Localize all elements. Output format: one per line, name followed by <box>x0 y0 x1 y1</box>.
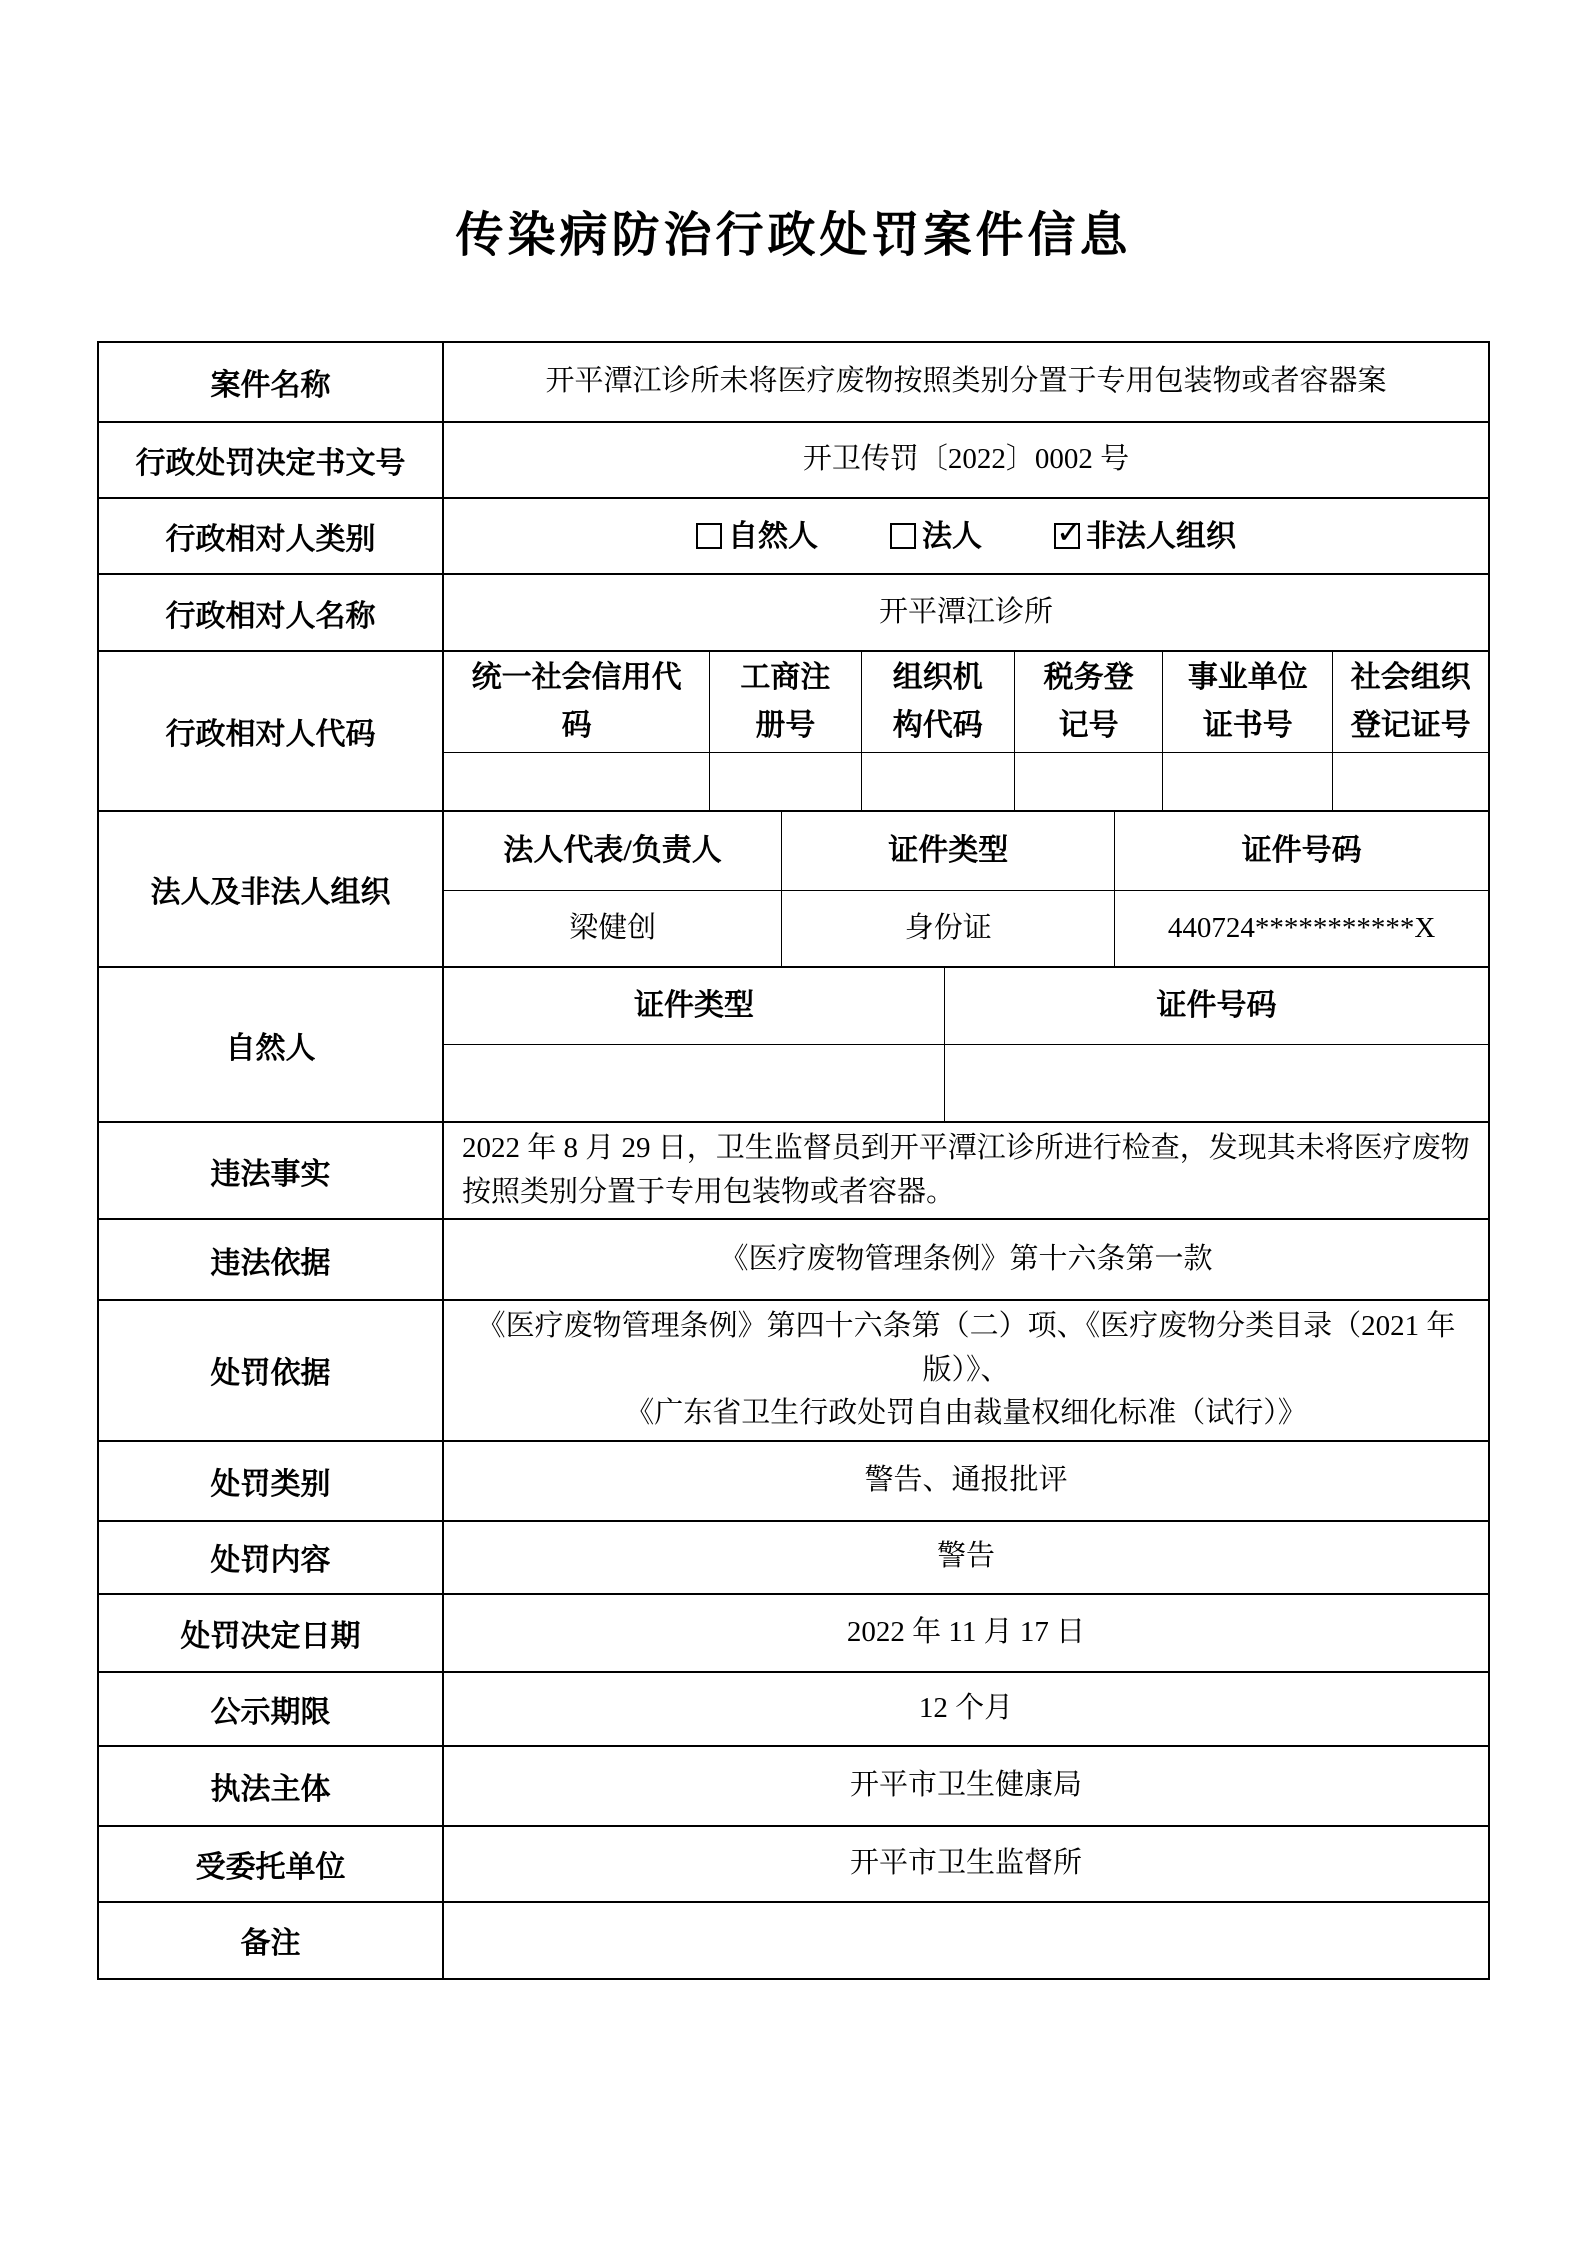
table-section-party-codes: 行政相对人代码 统一社会信用代码 工商注册号 组织机构代码 税务登记号 事业单位… <box>99 650 1488 810</box>
party-codes-header-row: 统一社会信用代码 工商注册号 组织机构代码 税务登记号 事业单位证书号 社会组织… <box>444 652 1488 753</box>
penalty-type-value: 警告、通报批评 <box>444 1442 1488 1520</box>
row-label: 执法主体 <box>99 1747 444 1825</box>
row-label: 处罚内容 <box>99 1522 444 1593</box>
party-code-cell <box>1332 753 1488 810</box>
penalty-basis-value: 《医疗废物管理条例》第四十六条第（二）项、《医疗废物分类目录（2021 年版）》… <box>444 1301 1488 1440</box>
column-header: 事业单位证书号 <box>1162 652 1332 752</box>
penalty-basis-line: 《广东省卫生行政处罚自由裁量权细化标准（试行）》 <box>625 1392 1307 1436</box>
table-row-case-name: 案件名称 开平潭江诊所未将医疗废物按照类别分置于专用包装物或者容器案 <box>99 343 1488 421</box>
page-title: 传染病防治行政处罚案件信息 <box>0 196 1587 265</box>
case-info-table: 案件名称 开平潭江诊所未将医疗废物按照类别分置于专用包装物或者容器案 行政处罚决… <box>97 341 1490 1980</box>
table-row-decision-date: 处罚决定日期 2022 年 11 月 17 日 <box>99 1593 1488 1671</box>
checkbox-icon: ✓ <box>696 523 722 549</box>
natural-id-number <box>944 1045 1488 1121</box>
table-row-party-name: 行政相对人名称 开平潭江诊所 <box>99 573 1488 650</box>
party-code-cell <box>709 753 860 810</box>
legal-org-header-row: 法人代表/负责人 证件类型 证件号码 <box>444 812 1488 891</box>
table-row-publicity-period: 公示期限 12 个月 <box>99 1671 1488 1745</box>
party-code-cell <box>861 753 1014 810</box>
decision-doc-no-value: 开卫传罚〔2022〕0002 号 <box>444 423 1488 497</box>
table-row-penalty-type: 处罚类别 警告、通报批评 <box>99 1440 1488 1520</box>
decision-date-value: 2022 年 11 月 17 日 <box>444 1595 1488 1671</box>
row-label: 自然人 <box>99 968 444 1121</box>
table-section-natural-person: 自然人 证件类型 证件号码 <box>99 966 1488 1121</box>
case-name-value: 开平潭江诊所未将医疗废物按照类别分置于专用包装物或者容器案 <box>444 343 1488 421</box>
checkbox-icon: ✓ <box>1054 523 1080 549</box>
table-row-remarks: 备注 <box>99 1901 1488 1978</box>
column-header: 税务登记号 <box>1014 652 1162 752</box>
row-label: 行政处罚决定书文号 <box>99 423 444 497</box>
party-code-cell <box>1014 753 1162 810</box>
row-label: 处罚依据 <box>99 1301 444 1440</box>
row-label: 公示期限 <box>99 1673 444 1745</box>
party-code-cell <box>444 753 709 810</box>
row-label: 处罚决定日期 <box>99 1595 444 1671</box>
row-label: 行政相对人代码 <box>99 652 444 810</box>
checkbox-label: 自然人 <box>728 514 818 559</box>
checkbox-option-natural-person[interactable]: ✓ 自然人 <box>696 514 818 559</box>
publicity-period-value: 12 个月 <box>444 1673 1488 1745</box>
checkbox-label: 非法人组织 <box>1086 514 1236 559</box>
table-row-entrusted-unit: 受委托单位 开平市卫生监督所 <box>99 1825 1488 1901</box>
row-label: 受委托单位 <box>99 1827 444 1901</box>
entrusted-unit-value: 开平市卫生监督所 <box>444 1827 1488 1901</box>
illegal-fact-value: 2022 年 8 月 29 日，卫生监督员到开平潭江诊所进行检查，发现其未将医疗… <box>444 1123 1488 1218</box>
table-section-legal-org: 法人及非法人组织 法人代表/负责人 证件类型 证件号码 梁健创 身份证 4407… <box>99 810 1488 966</box>
table-row-penalty-content: 处罚内容 警告 <box>99 1520 1488 1593</box>
natural-person-subtable: 证件类型 证件号码 <box>444 968 1488 1121</box>
party-codes-subtable: 统一社会信用代码 工商注册号 组织机构代码 税务登记号 事业单位证书号 社会组织… <box>444 652 1488 810</box>
illegal-basis-value: 《医疗废物管理条例》第十六条第一款 <box>444 1220 1488 1299</box>
party-code-cell <box>1162 753 1332 810</box>
column-header: 证件类型 <box>444 968 944 1044</box>
row-label: 法人及非法人组织 <box>99 812 444 966</box>
legal-id-type: 身份证 <box>781 891 1114 966</box>
check-mark-icon: ✓ <box>1056 516 1083 548</box>
row-label: 违法事实 <box>99 1123 444 1218</box>
party-type-options: ✓ 自然人 ✓ 法人 ✓ 非法人组织 <box>444 499 1488 573</box>
row-label: 行政相对人类别 <box>99 499 444 573</box>
column-header: 证件类型 <box>781 812 1114 890</box>
table-row-decision-doc-no: 行政处罚决定书文号 开卫传罚〔2022〕0002 号 <box>99 421 1488 497</box>
party-codes-value-row <box>444 753 1488 810</box>
penalty-content-value: 警告 <box>444 1522 1488 1593</box>
column-header: 证件号码 <box>944 968 1488 1044</box>
enforcement-body-value: 开平市卫生健康局 <box>444 1747 1488 1825</box>
row-label: 行政相对人名称 <box>99 575 444 650</box>
table-row-penalty-basis: 处罚依据 《医疗废物管理条例》第四十六条第（二）项、《医疗废物分类目录（2021… <box>99 1299 1488 1440</box>
legal-org-value-row: 梁健创 身份证 440724***********X <box>444 891 1488 966</box>
natural-id-type <box>444 1045 944 1121</box>
row-label: 违法依据 <box>99 1220 444 1299</box>
checkbox-icon: ✓ <box>890 523 916 549</box>
legal-rep-name: 梁健创 <box>444 891 781 966</box>
table-row-party-type: 行政相对人类别 ✓ 自然人 ✓ 法人 ✓ 非法人组织 <box>99 497 1488 573</box>
party-name-value: 开平潭江诊所 <box>444 575 1488 650</box>
legal-id-number: 440724***********X <box>1114 891 1488 966</box>
column-header: 统一社会信用代码 <box>444 652 709 752</box>
legal-org-subtable: 法人代表/负责人 证件类型 证件号码 梁健创 身份证 440724*******… <box>444 812 1488 966</box>
column-header: 证件号码 <box>1114 812 1488 890</box>
row-label: 备注 <box>99 1903 444 1978</box>
checkbox-label: 法人 <box>922 514 982 559</box>
row-label: 处罚类别 <box>99 1442 444 1520</box>
column-header: 工商注册号 <box>709 652 860 752</box>
remarks-value <box>444 1903 1488 1978</box>
column-header: 组织机构代码 <box>861 652 1014 752</box>
document-page: 传染病防治行政处罚案件信息 案件名称 开平潭江诊所未将医疗废物按照类别分置于专用… <box>0 0 1587 2245</box>
column-header: 法人代表/负责人 <box>444 812 781 890</box>
column-header: 社会组织登记证号 <box>1332 652 1488 752</box>
penalty-basis-line: 《医疗废物管理条例》第四十六条第（二）项、《医疗废物分类目录（2021 年版）》… <box>462 1305 1470 1392</box>
table-row-illegal-basis: 违法依据 《医疗废物管理条例》第十六条第一款 <box>99 1218 1488 1299</box>
checkbox-option-unincorporated-org[interactable]: ✓ 非法人组织 <box>1054 514 1236 559</box>
natural-person-header-row: 证件类型 证件号码 <box>444 968 1488 1045</box>
table-row-illegal-fact: 违法事实 2022 年 8 月 29 日，卫生监督员到开平潭江诊所进行检查，发现… <box>99 1121 1488 1218</box>
natural-person-value-row <box>444 1045 1488 1121</box>
row-label: 案件名称 <box>99 343 444 421</box>
checkbox-option-legal-person[interactable]: ✓ 法人 <box>890 514 982 559</box>
table-row-enforcement-body: 执法主体 开平市卫生健康局 <box>99 1745 1488 1825</box>
